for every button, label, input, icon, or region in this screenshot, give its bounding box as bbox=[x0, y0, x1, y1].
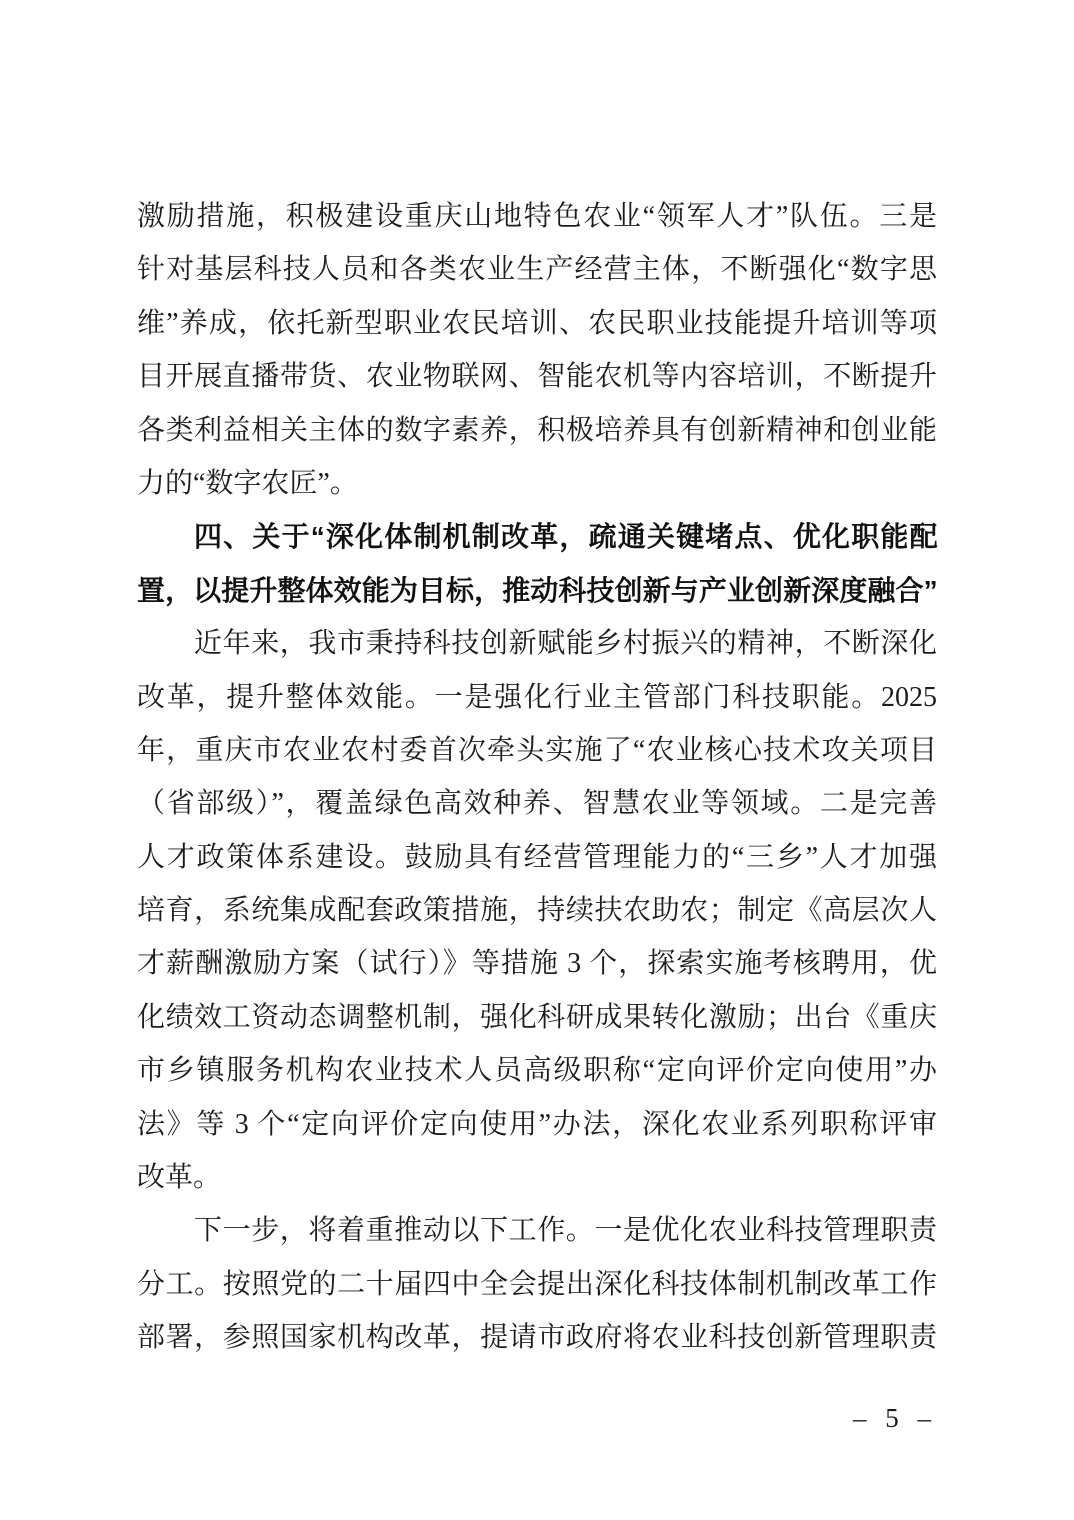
text-line: 力的“数字农匠”。 bbox=[137, 457, 937, 510]
text-line: （省部级）”，覆盖绿色高效种养、智慧农业等领域。二是完善 bbox=[137, 777, 937, 830]
text-line: 培育，系统集成配套政策措施，持续扶农助农；制定《高层次人 bbox=[137, 884, 937, 937]
text-line: 市乡镇服务机构农业技术人员高级职称“定向评价定向使用”办 bbox=[137, 1044, 937, 1097]
document-body: 激励措施，积极建设重庆山地特色农业“领军人才”队伍。三是针对基层科技人员和各类农… bbox=[137, 190, 937, 1365]
text-line: 改革，提升整体效能。一是强化行业主管部门科技职能。2025 bbox=[137, 671, 937, 724]
text-line: 人才政策体系建设。鼓励具有经营管理能力的“三乡”人才加强 bbox=[137, 831, 937, 884]
text-line: 才薪酬激励方案（试行）》等措施 3 个，探索实施考核聘用，优 bbox=[137, 937, 937, 990]
text-line: 维”养成，依托新型职业农民培训、农民职业技能提升培训等项 bbox=[137, 297, 937, 350]
text-line: 目开展直播带货、农业物联网、智能农机等内容培训，不断提升 bbox=[137, 350, 937, 403]
text-line: 法》等 3 个“定向评价定向使用”办法，深化农业系列职称评审 bbox=[137, 1098, 937, 1151]
text-line: 下一步，将着重推动以下工作。一是优化农业科技管理职责 bbox=[137, 1204, 937, 1257]
text-line: 针对基层科技人员和各类农业生产经营主体，不断强化“数字思 bbox=[137, 243, 937, 296]
text-line: 部署，参照国家机构改革，提请市政府将农业科技创新管理职责 bbox=[137, 1311, 937, 1364]
document-page: 激励措施，积极建设重庆山地特色农业“领军人才”队伍。三是针对基层科技人员和各类农… bbox=[0, 0, 1074, 1520]
text-line: 近年来，我市秉持科技创新赋能乡村振兴的精神，不断深化 bbox=[137, 617, 937, 670]
text-line: 激励措施，积极建设重庆山地特色农业“领军人才”队伍。三是 bbox=[137, 190, 937, 243]
section-heading-line: 四、关于“深化体制机制改革，疏通关键堵点、优化职能配 bbox=[137, 510, 937, 563]
text-line: 年，重庆市农业农村委首次牵头实施了“农业核心技术攻关项目 bbox=[137, 724, 937, 777]
section-heading-line: 置，以提升整体效能为目标，推动科技创新与产业创新深度融合” bbox=[137, 564, 937, 617]
text-line: 分工。按照党的二十届四中全会提出深化科技体制机制改革工作 bbox=[137, 1258, 937, 1311]
page-number: – 5 – bbox=[853, 1398, 937, 1438]
text-line: 各类利益相关主体的数字素养，积极培养具有创新精神和创业能 bbox=[137, 404, 937, 457]
text-line: 化绩效工资动态调整机制，强化科研成果转化激励；出台《重庆 bbox=[137, 991, 937, 1044]
text-line: 改革。 bbox=[137, 1151, 937, 1204]
